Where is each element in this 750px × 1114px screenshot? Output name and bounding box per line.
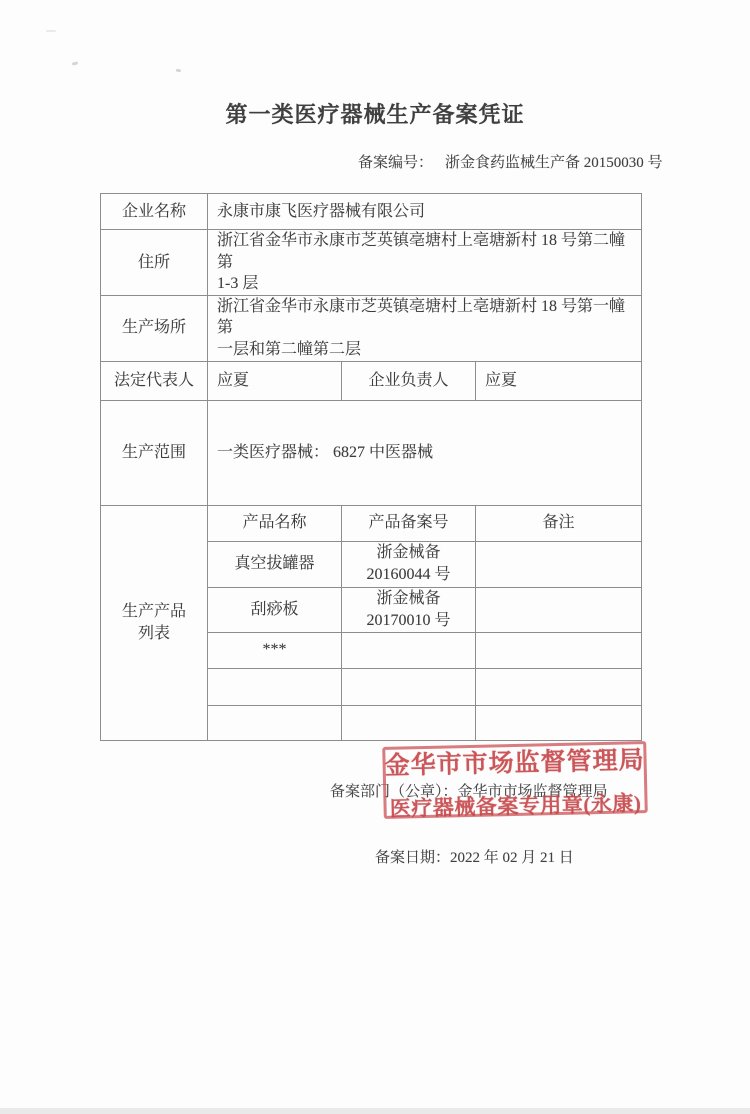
- product-name: 真空拔罐器: [208, 541, 342, 587]
- product-column-header-record-no: 产品备案号: [342, 505, 476, 541]
- field-label-address: 住所: [101, 230, 208, 296]
- record-date-line: 备案日期：2022 年 02 月 21 日: [375, 846, 574, 867]
- product-name: ***: [208, 632, 342, 668]
- field-label-company-name: 企业名称: [101, 194, 208, 230]
- field-label-enterprise-manager: 企业负责人: [342, 361, 476, 400]
- record-date-value: 2022 年 02 月 21 日: [450, 850, 574, 866]
- stamp-authority-name: 金华市市场监督管理局: [384, 740, 645, 782]
- table-row: 生产范围 一类医疗器械： 6827 中医器械: [101, 400, 642, 505]
- product-list-section-label: 生产产品 列表: [101, 505, 208, 740]
- field-value-production-scope: 一类医疗器械： 6827 中医器械: [208, 400, 642, 505]
- official-stamp: 金华市市场监督管理局 医疗器械备案专用章(永康): [382, 741, 648, 819]
- product-record-number: [342, 668, 476, 705]
- table-row: 生产场所 浙江省金华市永康市芝英镇亳塘村上亳塘新村 18 号第一幢第 一层和第二…: [101, 295, 642, 361]
- field-value-company-name: 永康市康飞医疗器械有限公司: [208, 194, 642, 230]
- record-number-value: 浙金食药监械生产备 20150030 号: [445, 155, 663, 171]
- field-value-address: 浙江省金华市永康市芝英镇亳塘村上亳塘新村 18 号第二幢第 1-3 层: [208, 230, 642, 296]
- table-row: 法定代表人 应夏 企业负责人 应夏: [101, 361, 642, 400]
- table-row: 生产产品 列表 产品名称 产品备案号 备注: [101, 505, 642, 541]
- product-record-number: [342, 705, 476, 740]
- table-row: 企业名称 永康市康飞医疗器械有限公司: [101, 194, 642, 230]
- product-record-number: [342, 632, 476, 668]
- product-remarks: [476, 632, 642, 668]
- stamp-seal-title: 医疗器械备案专用章(永康): [390, 787, 642, 823]
- product-name: [208, 668, 342, 705]
- product-record-number: 浙金械备 20170010 号: [342, 587, 476, 632]
- product-column-header-name: 产品名称: [208, 505, 342, 541]
- scan-edge-shadow: [0, 1108, 750, 1114]
- table-row: 住所 浙江省金华市永康市芝英镇亳塘村上亳塘新村 18 号第二幢第 1-3 层: [101, 230, 642, 296]
- product-column-header-remarks: 备注: [476, 505, 642, 541]
- field-value-legal-representative: 应夏: [208, 361, 342, 400]
- product-remarks: [476, 587, 642, 632]
- product-record-number: 浙金械备 20160044 号: [342, 541, 476, 587]
- document-page: 第一类医疗器械生产备案凭证 备案编号：浙金食药监械生产备 20150030 号 …: [0, 0, 750, 1114]
- certificate-table: 企业名称 永康市康飞医疗器械有限公司 住所 浙江省金华市永康市芝英镇亳塘村上亳塘…: [100, 193, 642, 741]
- field-value-enterprise-manager: 应夏: [476, 361, 642, 400]
- scan-artifact: [46, 30, 56, 32]
- product-remarks: [476, 541, 642, 587]
- product-name: [208, 705, 342, 740]
- field-label-production-scope: 生产范围: [101, 400, 208, 505]
- scan-artifact: [176, 69, 181, 73]
- scan-artifact: [72, 61, 79, 65]
- field-label-production-site: 生产场所: [101, 295, 208, 361]
- record-date-label: 备案日期：: [375, 850, 450, 866]
- field-value-production-site: 浙江省金华市永康市芝英镇亳塘村上亳塘新村 18 号第一幢第 一层和第二幢第二层: [208, 295, 642, 361]
- record-number-label: 备案编号：: [358, 155, 433, 171]
- product-name: 刮痧板: [208, 587, 342, 632]
- record-number-line: 备案编号：浙金食药监械生产备 20150030 号: [358, 151, 663, 172]
- product-remarks: [476, 705, 642, 740]
- field-label-legal-representative: 法定代表人: [101, 361, 208, 400]
- product-remarks: [476, 668, 642, 705]
- page-title: 第一类医疗器械生产备案凭证: [0, 98, 750, 129]
